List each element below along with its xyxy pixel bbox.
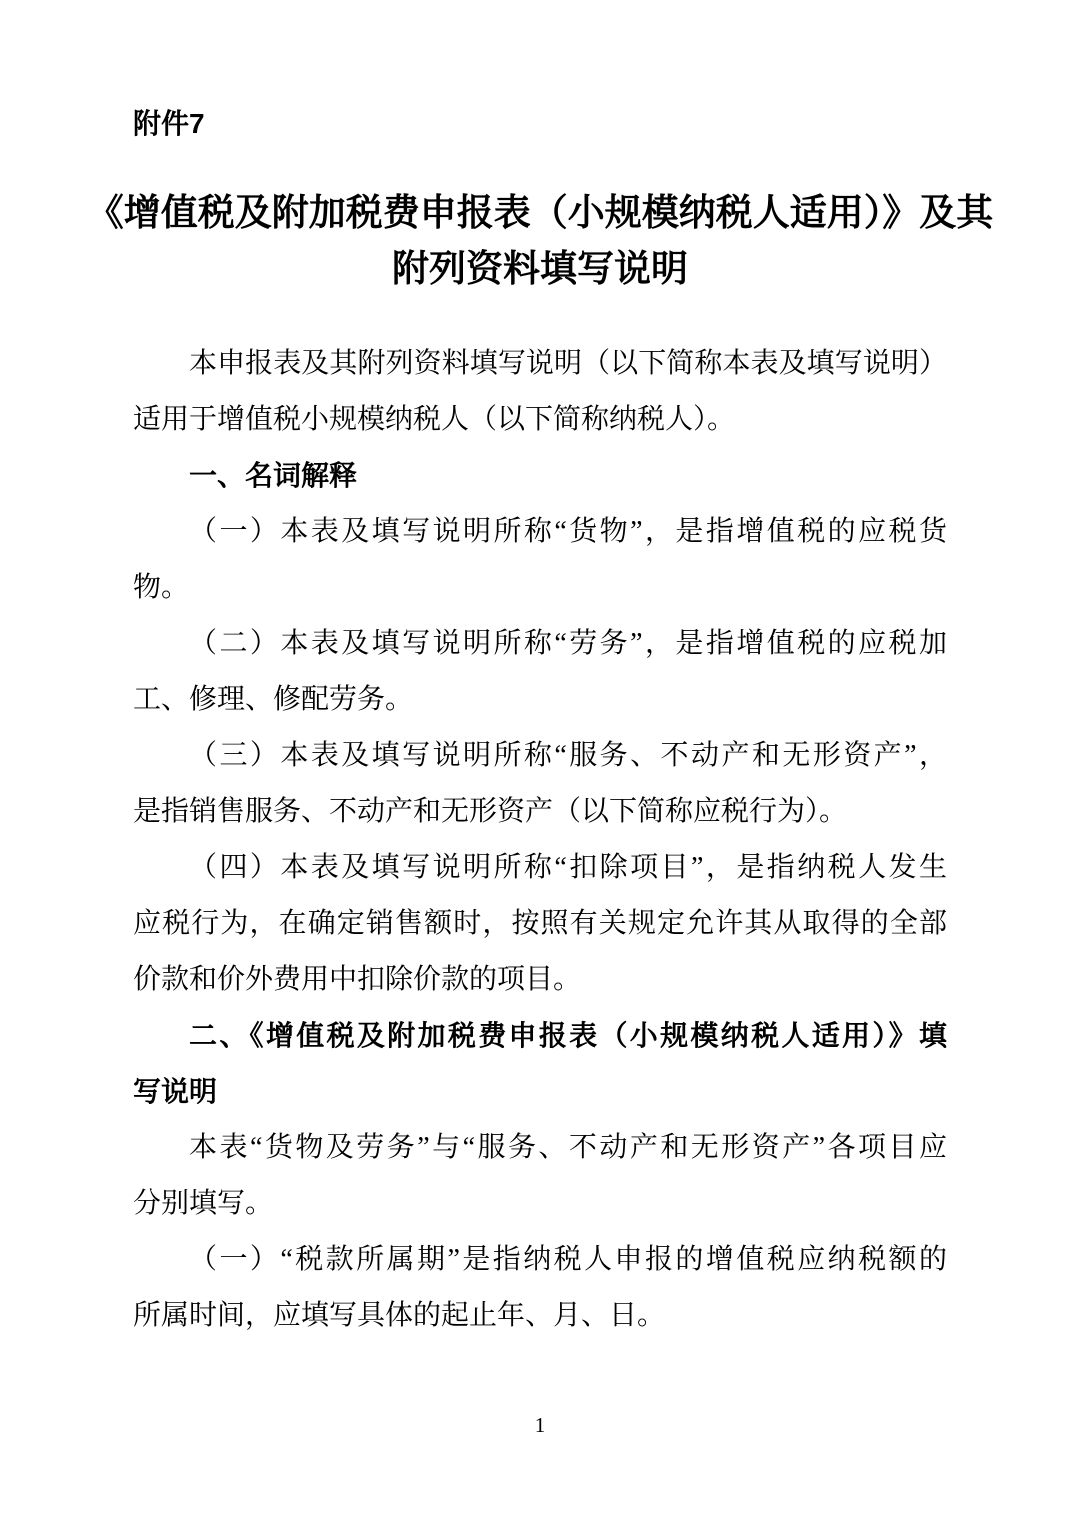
- document-title-line-1: 《增值税及附加税费申报表（小规模纳税人适用）》及其: [0, 186, 1080, 242]
- item-3-line-2: 是指销售服务、不动产和无形资产（以下简称应税行为）。: [133, 784, 947, 840]
- item-2-line-1: （二）本表及填写说明所称“劳务”，是指增值税的应税加: [133, 616, 947, 672]
- section-1-heading: 一、名词解释: [133, 448, 947, 504]
- item-4-line-3: 价款和价外费用中扣除价款的项目。: [133, 952, 947, 1008]
- item-1-line-2: 物。: [133, 560, 947, 616]
- page-number: 1: [0, 1408, 1080, 1442]
- document-title-line-2: 附列资料填写说明: [0, 242, 1080, 298]
- section-2-heading-line-2: 写说明: [133, 1064, 947, 1120]
- section-2-intro-line-2: 分别填写。: [133, 1176, 947, 1232]
- attachment-label: 附件7: [133, 104, 205, 144]
- item-1-line-1: （一）本表及填写说明所称“货物”，是指增值税的应税货: [133, 504, 947, 560]
- intro-line-1: 本申报表及其附列资料填写说明（以下简称本表及填写说明）: [133, 336, 947, 392]
- intro-line-2: 适用于增值税小规模纳税人（以下简称纳税人）。: [133, 392, 947, 448]
- item-4-line-2: 应税行为，在确定销售额时，按照有关规定允许其从取得的全部: [133, 896, 947, 952]
- item-2-line-2: 工、修理、修配劳务。: [133, 672, 947, 728]
- section-2-item-1-line-2: 所属时间，应填写具体的起止年、月、日。: [133, 1288, 947, 1344]
- section-2-intro-line-1: 本表“货物及劳务”与“服务、不动产和无形资产”各项目应: [133, 1120, 947, 1176]
- document-body: 本申报表及其附列资料填写说明（以下简称本表及填写说明） 适用于增值税小规模纳税人…: [133, 336, 947, 1344]
- item-3-line-1: （三）本表及填写说明所称“服务、不动产和无形资产”，: [133, 728, 947, 784]
- document-title: 《增值税及附加税费申报表（小规模纳税人适用）》及其 附列资料填写说明: [0, 186, 1080, 298]
- section-2-heading-line-1: 二、《增值税及附加税费申报表（小规模纳税人适用）》填: [133, 1008, 947, 1064]
- document-page: 附件7 《增值税及附加税费申报表（小规模纳税人适用）》及其 附列资料填写说明 本…: [0, 0, 1080, 1527]
- section-2-item-1-line-1: （一）“税款所属期”是指纳税人申报的增值税应纳税额的: [133, 1232, 947, 1288]
- item-4-line-1: （四）本表及填写说明所称“扣除项目”，是指纳税人发生: [133, 840, 947, 896]
